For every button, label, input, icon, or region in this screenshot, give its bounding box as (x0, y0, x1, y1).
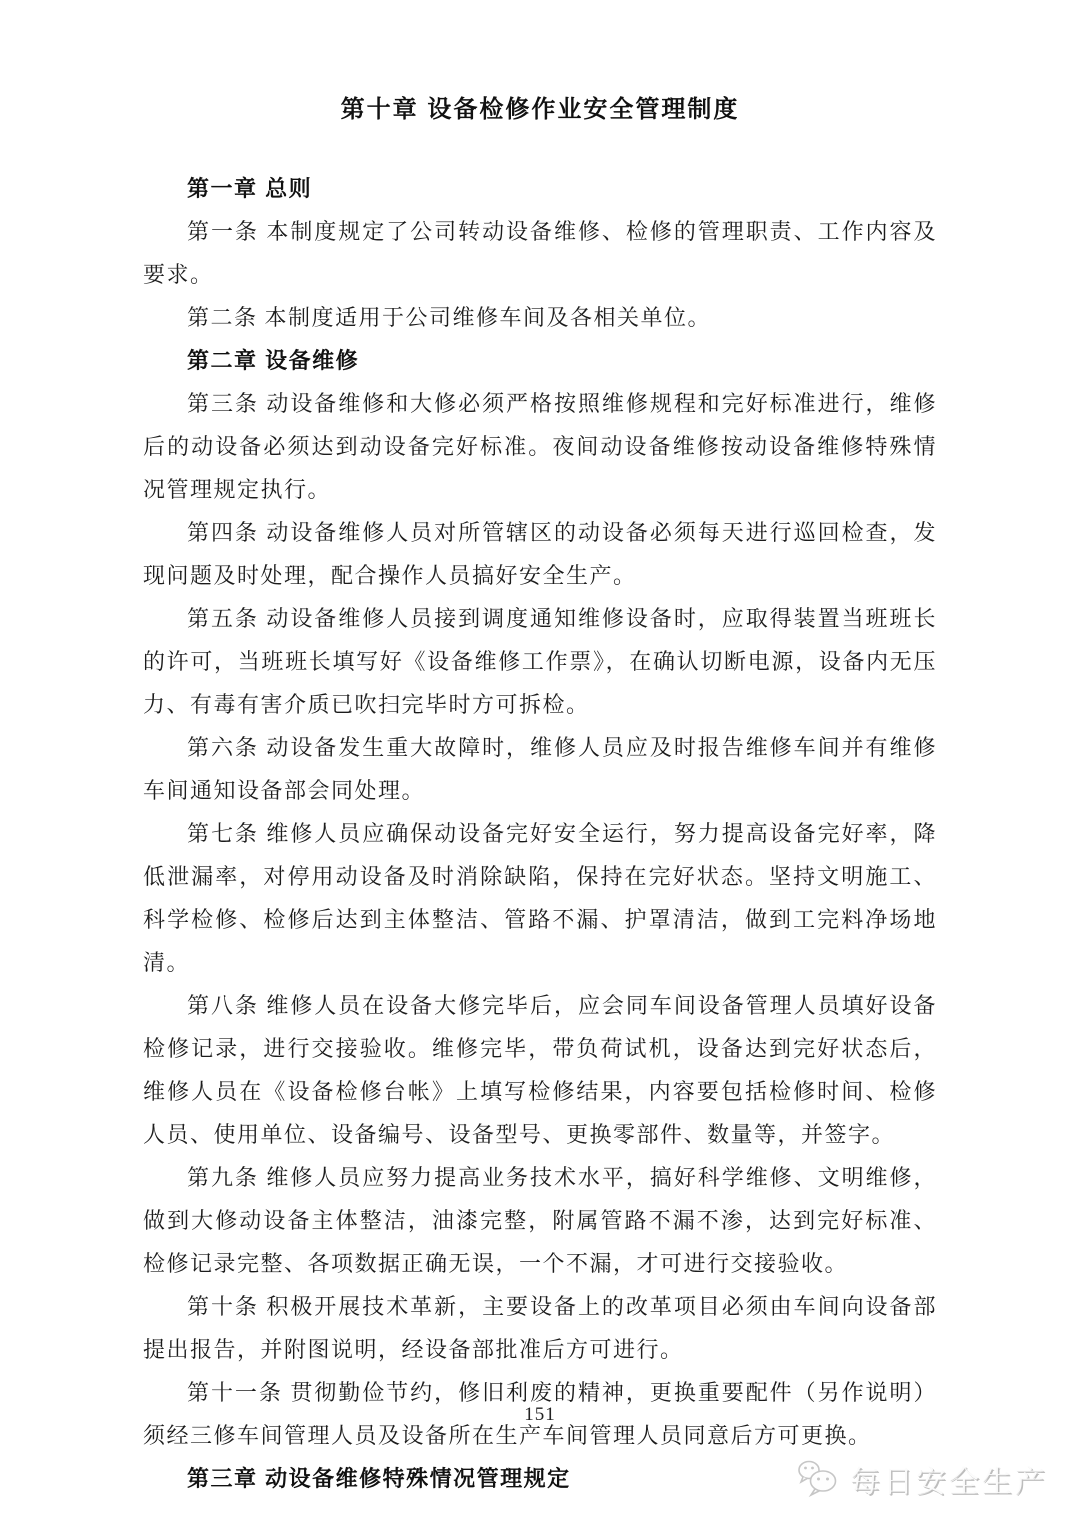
wechat-icon (796, 1459, 840, 1499)
chapter-heading-1: 第一章 总则 (143, 167, 937, 210)
article-paragraph-10: 第十条 积极开展技术革新，主要设备上的改革项目必须由车间向设备部提出报告，并附图… (143, 1285, 937, 1371)
article-paragraph-5: 第五条 动设备维修人员接到调度通知维修设备时，应取得装置当班班长的许可，当班班长… (143, 597, 937, 726)
article-paragraph-4: 第四条 动设备维修人员对所管辖区的动设备必须每天进行巡回检查，发现问题及时处理，… (143, 511, 937, 597)
article-paragraph-1: 第一条 本制度规定了公司转动设备维修、检修的管理职责、工作内容及要求。 (143, 210, 937, 296)
article-paragraph-6: 第六条 动设备发生重大故障时，维修人员应及时报告维修车间并有维修车间通知设备部会… (143, 726, 937, 812)
page-title: 第十章 设备检修作业安全管理制度 (143, 88, 937, 131)
footer-watermark: 每日安全生产 (796, 1457, 1048, 1501)
article-paragraph-3: 第三条 动设备维修和大修必须严格按照维修规程和完好标准进行，维修后的动设备必须达… (143, 382, 937, 511)
article-paragraph-9: 第九条 维修人员应努力提高业务技术水平，搞好科学维修、文明维修，做到大修动设备主… (143, 1156, 937, 1285)
document-body: 第十章 设备检修作业安全管理制度 第一章 总则 第一条 本制度规定了公司转动设备… (143, 88, 937, 1500)
article-paragraph-8: 第八条 维修人员在设备大修完毕后，应会同车间设备管理人员填好设备检修记录，进行交… (143, 984, 937, 1156)
chapter-heading-2: 第二章 设备维修 (143, 339, 937, 382)
article-paragraph-2: 第二条 本制度适用于公司维修车间及各相关单位。 (143, 296, 937, 339)
article-paragraph-7: 第七条 维修人员应确保动设备完好安全运行，努力提高设备完好率，降低泄漏率，对停用… (143, 812, 937, 984)
page-number: 151 (0, 1404, 1080, 1426)
watermark-label: 每日安全生产 (850, 1457, 1048, 1501)
